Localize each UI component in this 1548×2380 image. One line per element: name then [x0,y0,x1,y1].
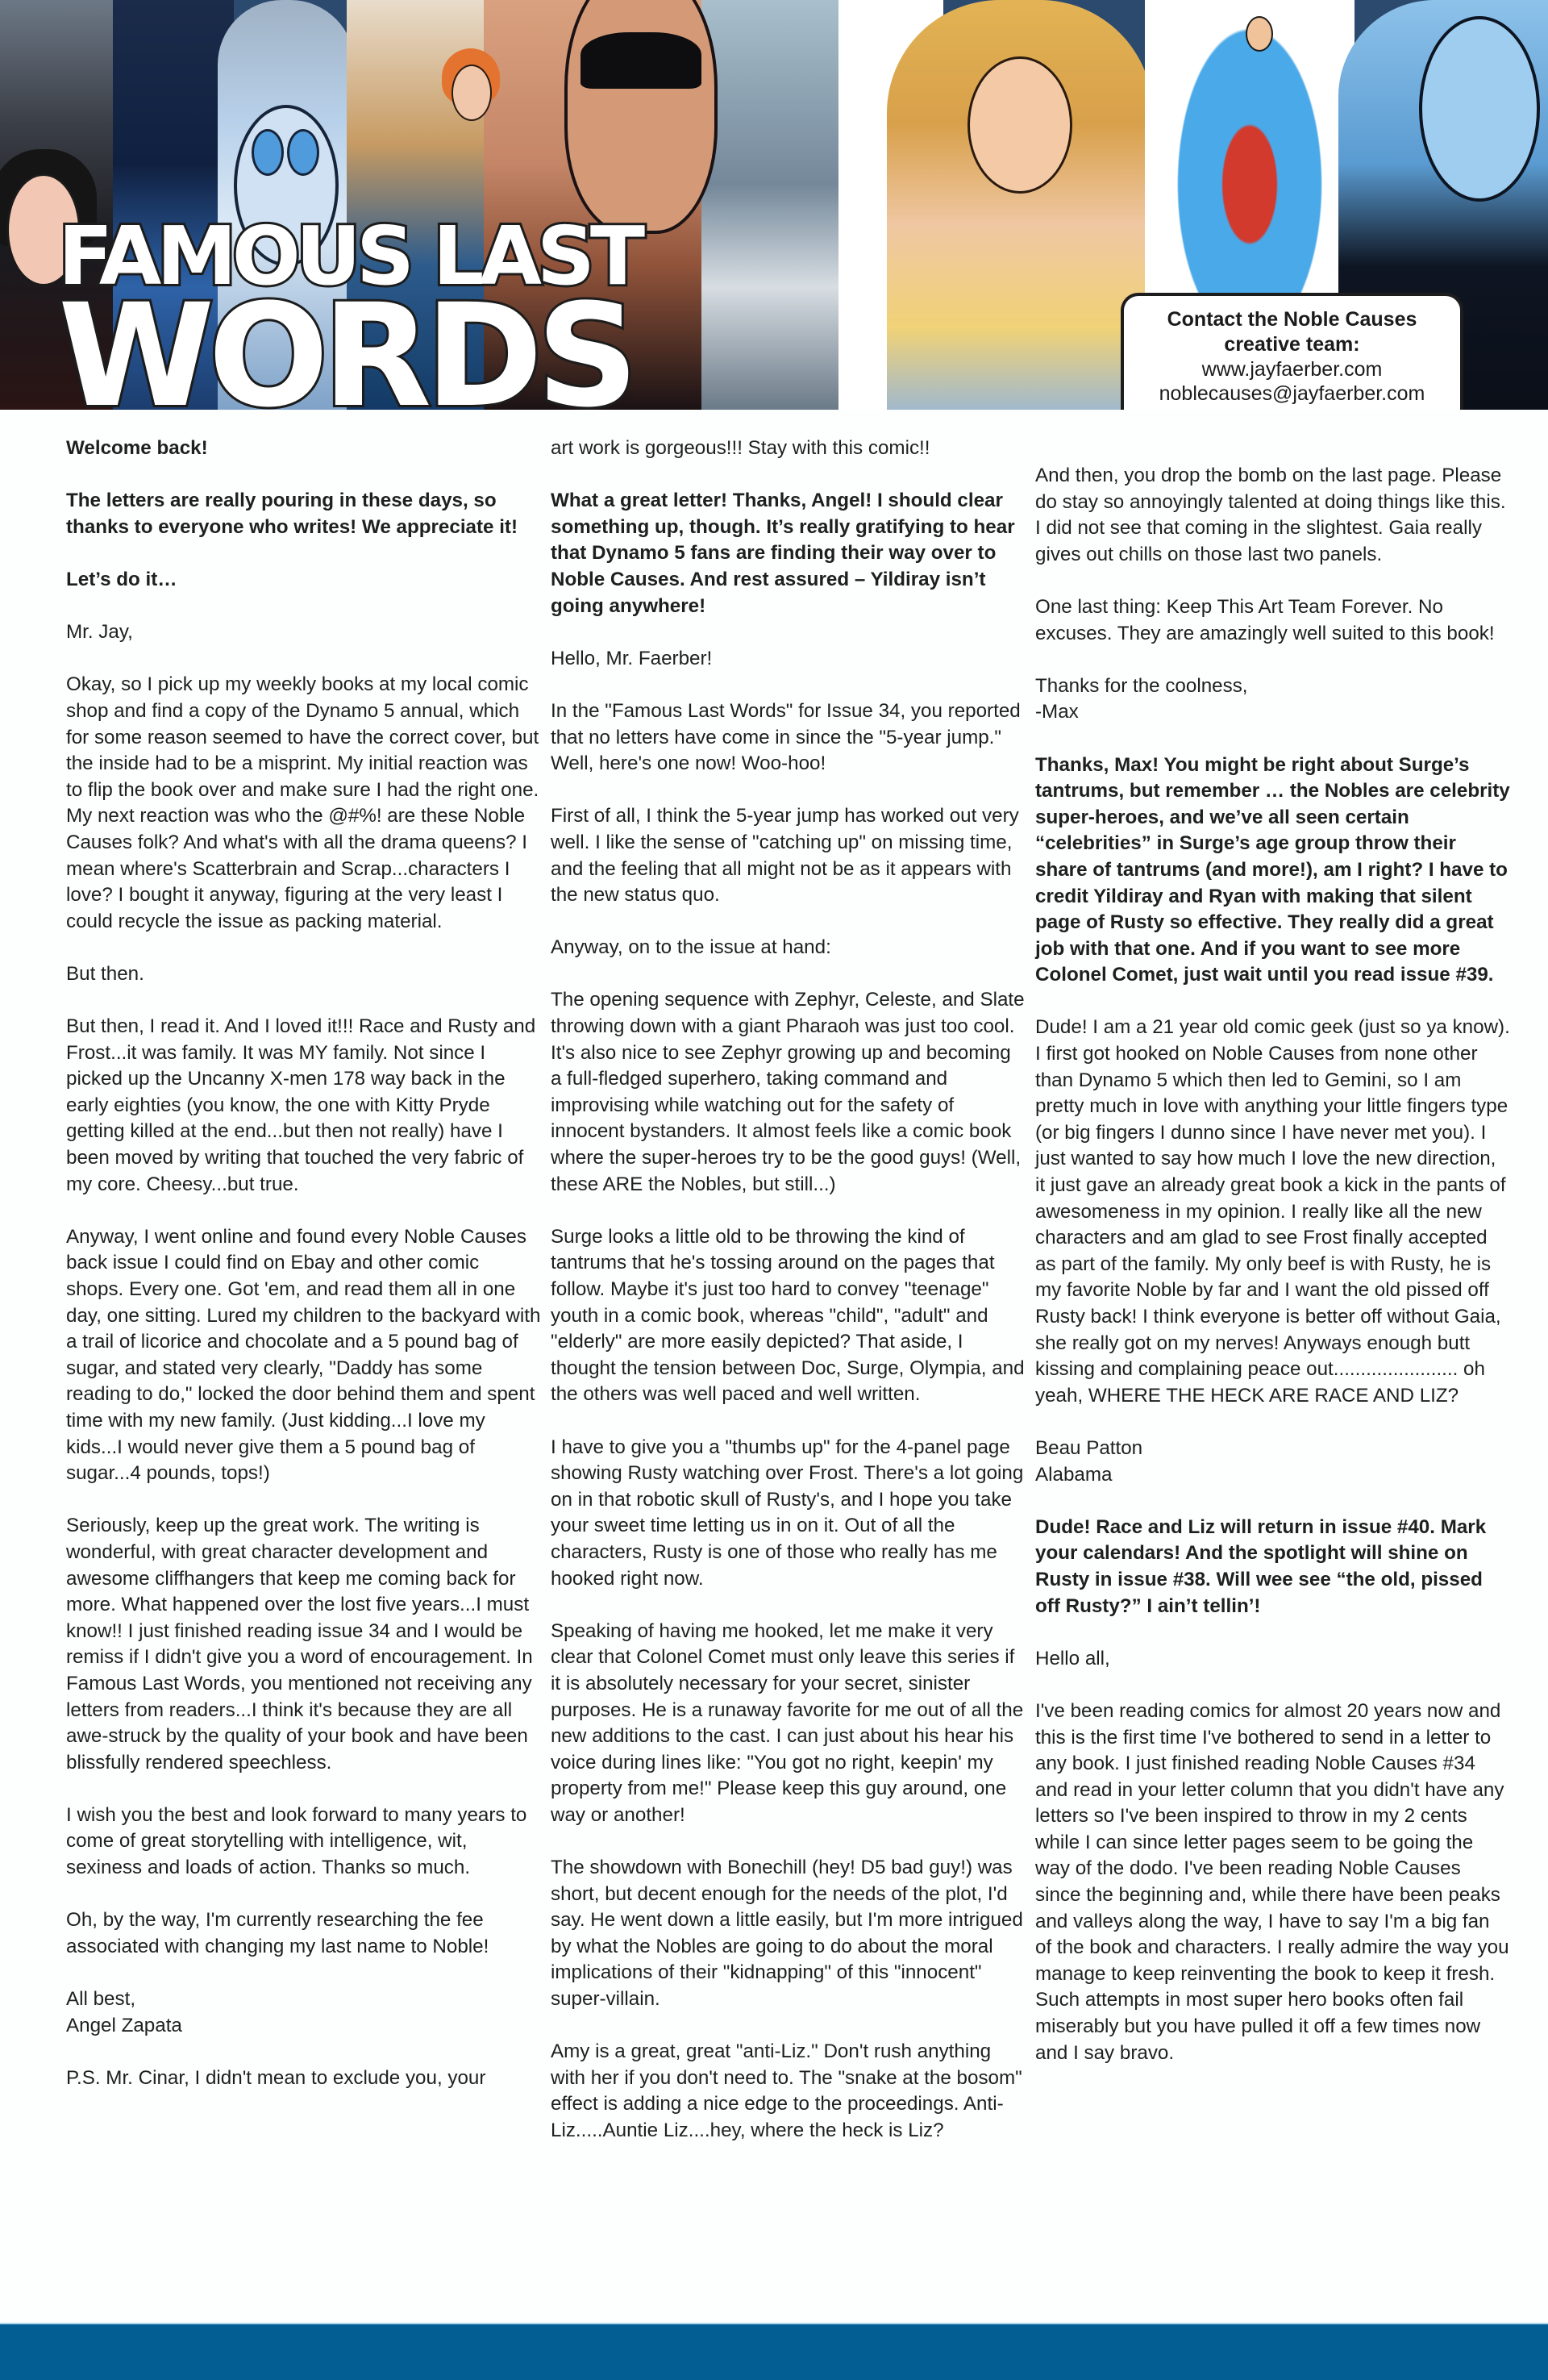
letter-paragraph: Hello, Mr. Faerber! [551,646,1026,673]
letter-paragraph: Amy is a great, great "anti-Liz." Don't … [551,2039,1026,2144]
letter-paragraph: In the "Famous Last Words" for Issue 34,… [551,698,1026,777]
letter-paragraph: Anyway, on to the issue at hand: [551,935,1026,961]
editor-reply-paragraph: Thanks, Max! You might be right about Su… [1035,752,1511,989]
letter-paragraph: And then, you drop the bomb on the last … [1035,463,1511,568]
letter-paragraph: I wish you the best and look forward to … [66,1803,542,1882]
editor-reply-paragraph: Let’s do it… [66,567,542,594]
column-2: art work is gorgeous!!! Stay with this c… [551,436,1026,2170]
letter-paragraph: Anyway, I went online and found every No… [66,1224,542,1487]
editor-reply-paragraph: The letters are really pouring in these … [66,488,542,540]
letter-paragraph: Seriously, keep up the great work. The w… [66,1513,542,1776]
comic-art-panel [701,0,838,410]
editor-reply-paragraph: Dude! Race and Liz will return in issue … [1035,1515,1511,1619]
letter-paragraph: Mr. Jay, [66,619,542,646]
letter-paragraph: Hello all, [1035,1646,1511,1673]
letter-paragraph: P.S. Mr. Cinar, I didn't mean to exclude… [66,2065,542,2092]
letter-paragraph: Thanks for the coolness, -Max [1035,673,1511,726]
contact-box: Contact the Noble Causes creative team: … [1121,293,1463,410]
letter-paragraph: art work is gorgeous!!! Stay with this c… [551,436,1026,462]
letter-paragraph: Beau Patton Alabama [1035,1436,1511,1488]
letter-paragraph: I have to give you a "thumbs up" for the… [551,1435,1026,1593]
contact-website-link[interactable]: www.jayfaerber.com [1124,357,1460,381]
letter-paragraph: I've been reading comics for almost 20 y… [1035,1699,1511,2066]
column-3: And then, you drop the bomb on the last … [1035,463,1511,2093]
contact-email-link[interactable]: noblecauses@jayfaerber.com [1124,381,1460,406]
title-line-2: WORDS [58,286,703,410]
letter-paragraph: Surge looks a little old to be throwing … [551,1224,1026,1408]
robot-eye-illustration [252,129,284,176]
letter-paragraph: Okay, so I pick up my weekly books at my… [66,672,542,935]
letter-paragraph: Dude! I am a 21 year old comic geek (jus… [1035,1015,1511,1409]
letter-paragraph: The showdown with Bonechill (hey! D5 bad… [551,1855,1026,2013]
header-banner: FAMOUS LAST WORDS Contact the Noble Caus… [0,0,1548,410]
character-mask-illustration [580,32,701,89]
character-face-illustration [1419,16,1540,202]
footer-bar [0,2323,1548,2380]
robot-eye-illustration [287,129,319,176]
letter-paragraph: The opening sequence with Zephyr, Celest… [551,987,1026,1198]
letter-paragraph: But then. [66,961,542,988]
character-face-illustration [1246,16,1273,52]
column-1: Welcome back!The letters are really pour… [66,436,542,2118]
contact-heading-line-2: creative team: [1124,332,1460,357]
letters-columns: Welcome back!The letters are really pour… [0,436,1548,2290]
contact-heading-line-1: Contact the Noble Causes [1124,307,1460,332]
character-face-illustration [967,56,1072,194]
page-title: FAMOUS LAST WORDS [58,216,703,410]
editor-reply-paragraph: What a great letter! Thanks, Angel! I sh… [551,488,1026,619]
letter-paragraph: One last thing: Keep This Art Team Forev… [1035,594,1511,647]
letter-paragraph: All best, Angel Zapata [66,1986,542,2039]
letter-paragraph: But then, I read it. And I loved it!!! R… [66,1014,542,1198]
character-face-illustration [451,65,492,121]
letter-paragraph: Speaking of having me hooked, let me mak… [551,1619,1026,1829]
letter-paragraph: First of all, I think the 5-year jump ha… [551,803,1026,908]
letter-paragraph: Oh, by the way, I'm currently researchin… [66,1907,542,1960]
editor-reply-paragraph: Welcome back! [66,436,542,462]
